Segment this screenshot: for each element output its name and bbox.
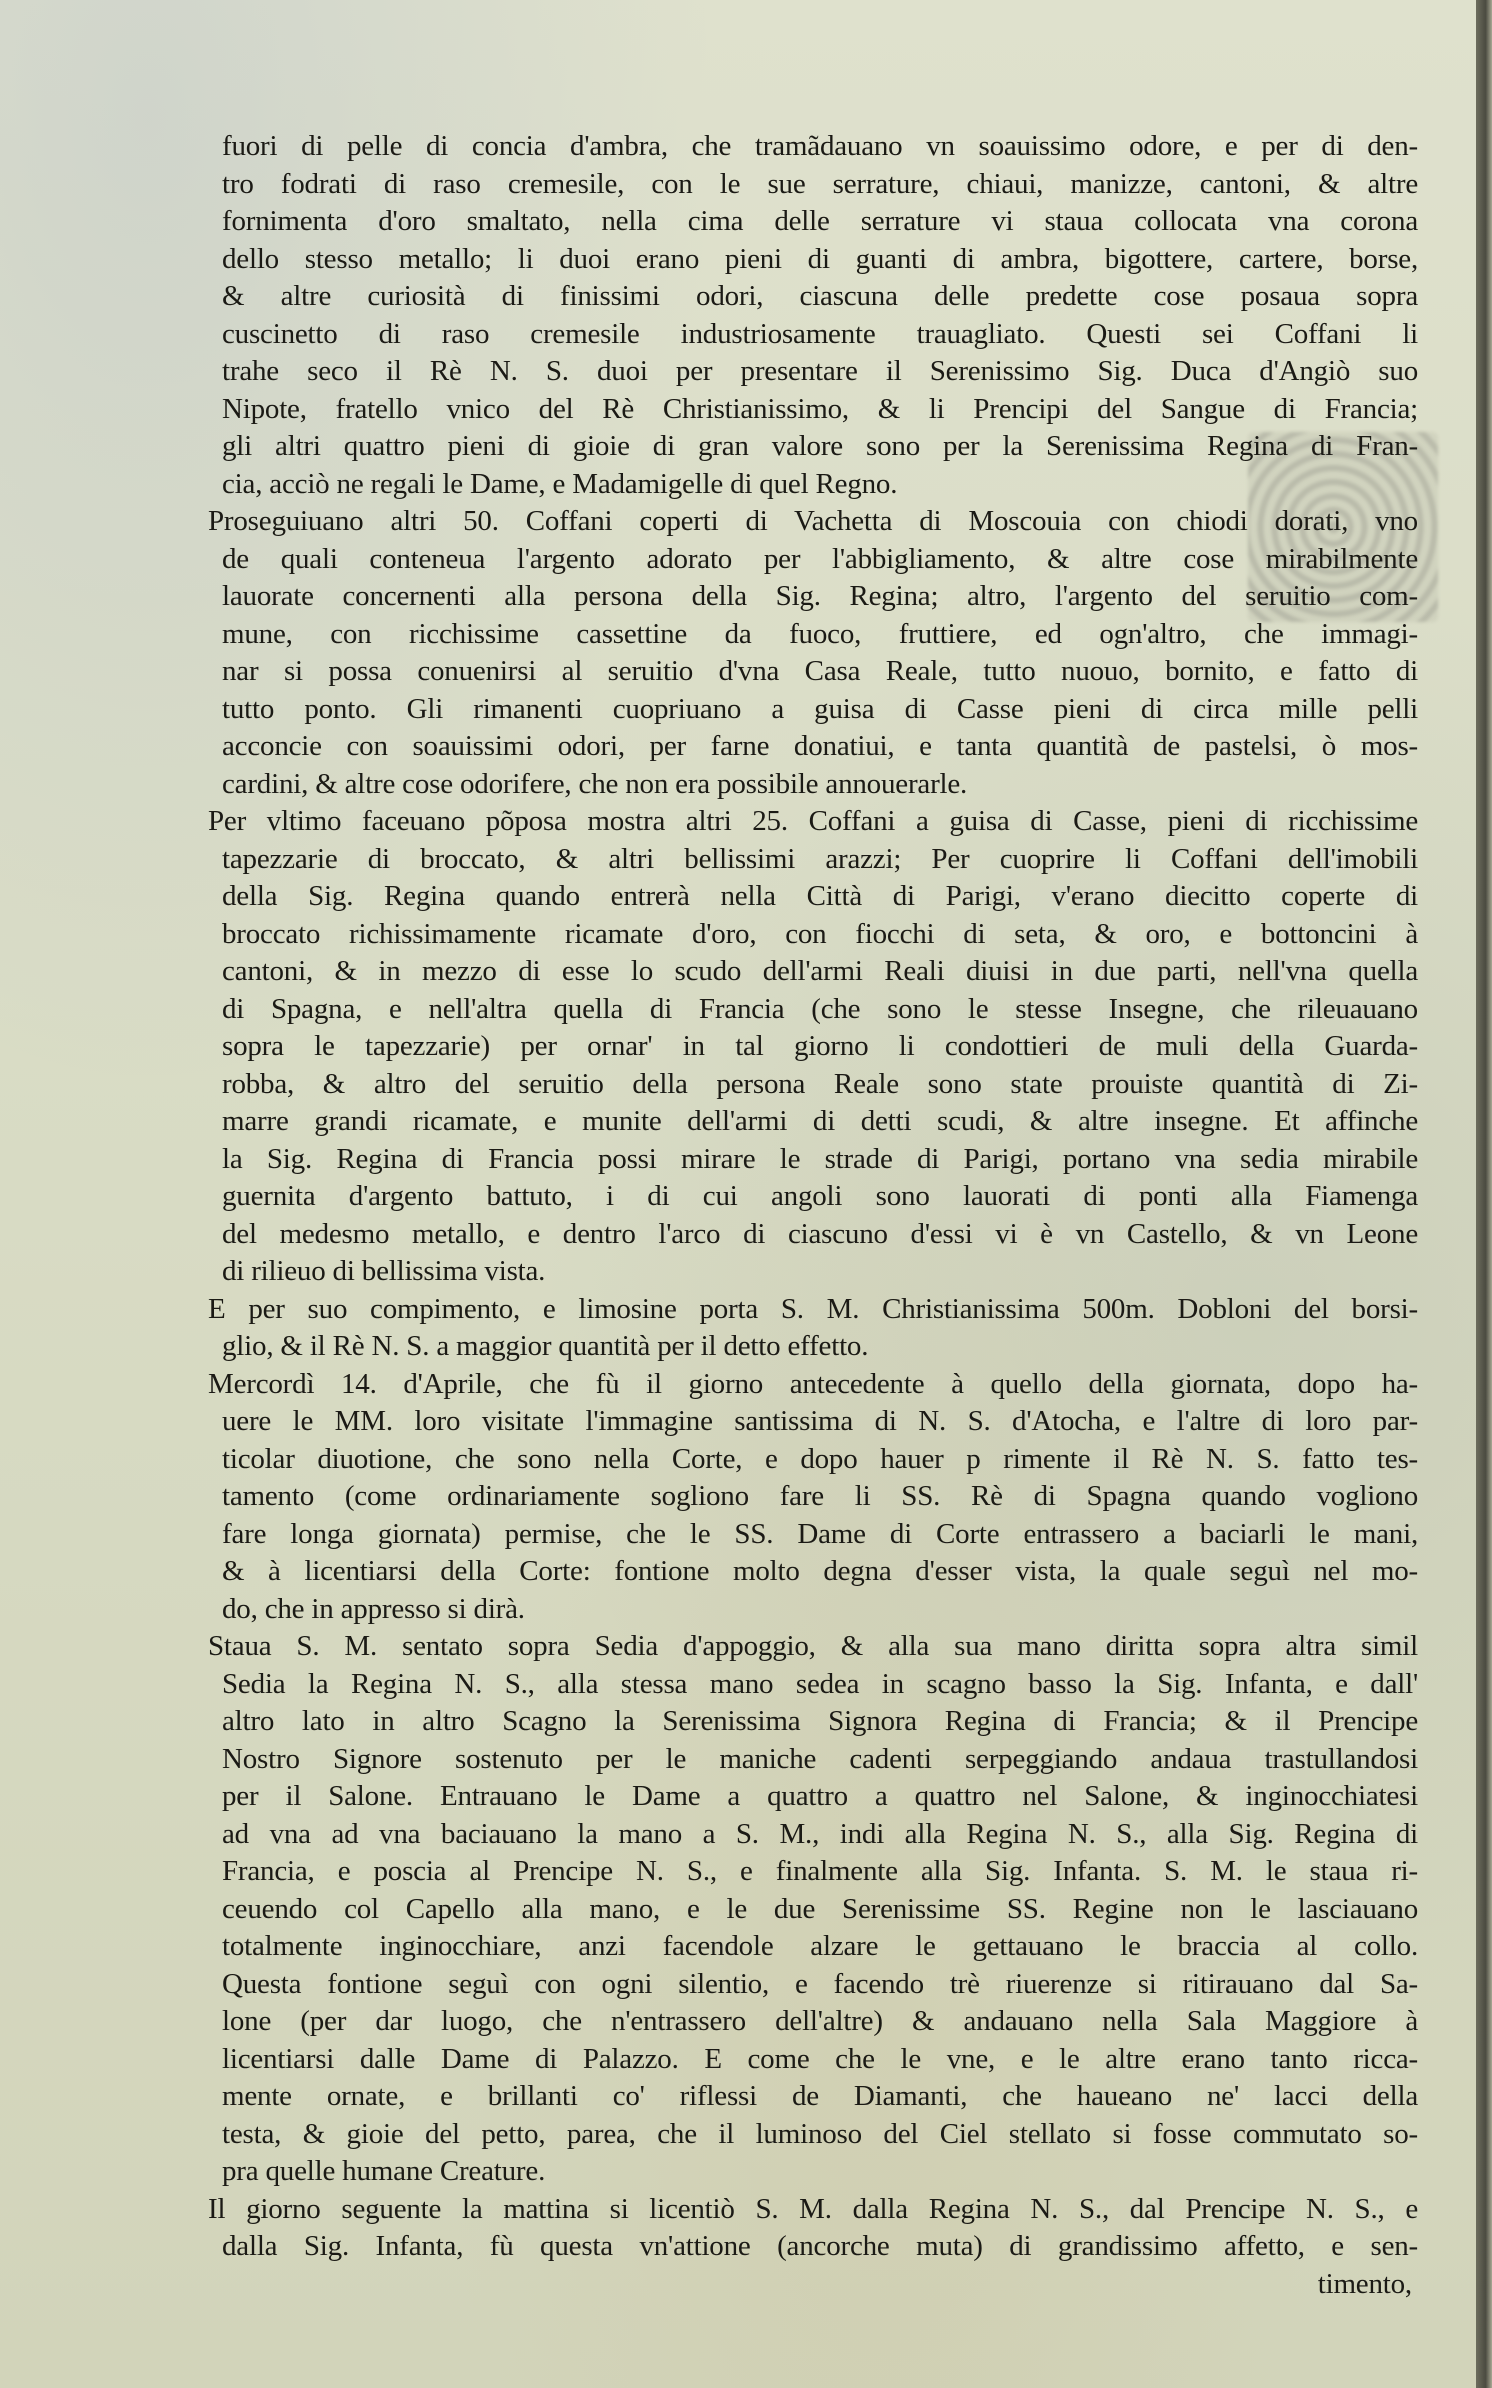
text-line: lauorate concernenti alla persona della … [208, 578, 1418, 616]
text-line: sopra le tapezzarie) per ornar' in tal g… [208, 1028, 1418, 1066]
catchword: timento, [208, 2266, 1418, 2304]
text-line: tro fodrati di raso cremesile, con le su… [208, 166, 1418, 204]
text-line: del medesmo metallo, e dentro l'arco di … [208, 1216, 1418, 1254]
text-line: testa, & gioie del petto, parea, che il … [208, 2116, 1418, 2154]
text-line: ceuendo col Capello alla mano, e le due … [208, 1891, 1418, 1929]
text-line: acconcie con soauissimi odori, per farne… [208, 728, 1418, 766]
text-line: pra quelle humane Creature. [208, 2153, 1418, 2191]
text-line: Francia, e poscia al Prencipe N. S., e f… [208, 1853, 1418, 1891]
text-line: cardini, & altre cose odorifere, che non… [208, 766, 1418, 804]
paragraph-5: Mercordì 14. d'Aprile, che fù il giorno … [208, 1366, 1418, 1629]
text-line: altro lato in altro Scagno la Serenissim… [208, 1703, 1418, 1741]
paragraph-4: E per suo compimento, e limosine porta S… [208, 1291, 1418, 1366]
paragraph-7: Il giorno seguente la mattina si licenti… [208, 2191, 1418, 2266]
paragraph-2: Proseguiuano altri 50. Coffani coperti d… [208, 503, 1418, 803]
text-line: di Spagna, e nell'altra quella di Franci… [208, 991, 1418, 1029]
text-line: & altre curiosità di finissimi odori, ci… [208, 278, 1418, 316]
text-line: Nostro Signore sostenuto per le maniche … [208, 1741, 1418, 1779]
paragraph-1: fuori di pelle di concia d'ambra, che tr… [208, 128, 1418, 503]
text-line: fuori di pelle di concia d'ambra, che tr… [208, 128, 1418, 166]
text-line: cia, acciò ne regali le Dame, e Madamige… [208, 466, 1418, 504]
text-line: tutto ponto. Gli rimanenti cuopriuano a … [208, 691, 1418, 729]
text-line: Per vltimo faceuano põposa mostra altri … [208, 803, 1418, 841]
text-line: fornimenta d'oro smaltato, nella cima de… [208, 203, 1418, 241]
text-line: glio, & il Rè N. S. a maggior quantità p… [208, 1328, 1418, 1366]
paragraph-6: Staua S. M. sentato sopra Sedia d'appogg… [208, 1628, 1418, 2191]
text-line: E per suo compimento, e limosine porta S… [208, 1291, 1418, 1329]
text-line: dello stesso metallo; li duoi erano pien… [208, 241, 1418, 279]
text-line: di rilieuo di bellissima vista. [208, 1253, 1418, 1291]
text-line: Nipote, fratello vnico del Rè Christiani… [208, 391, 1418, 429]
text-line: nar si possa conuenirsi al seruitio d'vn… [208, 653, 1418, 691]
text-line: mune, con ricchissime cassettine da fuoc… [208, 616, 1418, 654]
text-line: Mercordì 14. d'Aprile, che fù il giorno … [208, 1366, 1418, 1404]
text-line: Staua S. M. sentato sopra Sedia d'appogg… [208, 1628, 1418, 1666]
page-edge [1476, 0, 1492, 2388]
text-line: totalmente inginocchiare, anzi facendole… [208, 1928, 1418, 1966]
text-line: gli altri quattro pieni di gioie di gran… [208, 428, 1418, 466]
text-line: per il Salone. Entrauano le Dame a quatt… [208, 1778, 1418, 1816]
text-line: fare longa giornata) permise, che le SS.… [208, 1516, 1418, 1554]
text-line: la Sig. Regina di Francia possi mirare l… [208, 1141, 1418, 1179]
text-line: guernita d'argento battuto, i di cui ang… [208, 1178, 1418, 1216]
text-line: uere le MM. loro visitate l'immagine san… [208, 1403, 1418, 1441]
text-line: & à licentiarsi della Corte: fontione mo… [208, 1553, 1418, 1591]
body-text: fuori di pelle di concia d'ambra, che tr… [208, 128, 1418, 2303]
text-line: Il giorno seguente la mattina si licenti… [208, 2191, 1418, 2229]
text-line: lone (per dar luogo, che n'entrassero de… [208, 2003, 1418, 2041]
paragraph-3: Per vltimo faceuano põposa mostra altri … [208, 803, 1418, 1291]
document-page: fuori di pelle di concia d'ambra, che tr… [0, 0, 1476, 2388]
text-line: tamento (come ordinariamente sogliono fa… [208, 1478, 1418, 1516]
text-line: ad vna ad vna baciauano la mano a S. M.,… [208, 1816, 1418, 1854]
text-line: Sedia la Regina N. S., alla stessa mano … [208, 1666, 1418, 1704]
text-line: mente ornate, e brillanti co' riflessi d… [208, 2078, 1418, 2116]
text-line: Proseguiuano altri 50. Coffani coperti d… [208, 503, 1418, 541]
text-line: marre grandi ricamate, e munite dell'arm… [208, 1103, 1418, 1141]
text-line: Questa fontione seguì con ogni silentio,… [208, 1966, 1418, 2004]
text-line: della Sig. Regina quando entrerà nella C… [208, 878, 1418, 916]
text-line: cuscinetto di raso cremesile industriosa… [208, 316, 1418, 354]
text-line: licentiarsi dalle Dame di Palazzo. E com… [208, 2041, 1418, 2079]
text-line: do, che in appresso si dirà. [208, 1591, 1418, 1629]
text-line: dalla Sig. Infanta, fù questa vn'attione… [208, 2228, 1418, 2266]
text-line: trahe seco il Rè N. S. duoi per presenta… [208, 353, 1418, 391]
text-line: robba, & altro del seruitio della person… [208, 1066, 1418, 1104]
text-line: ticolar diuotione, che sono nella Corte,… [208, 1441, 1418, 1479]
text-line: broccato richissimamente ricamate d'oro,… [208, 916, 1418, 954]
text-line: de quali conteneua l'argento adorato per… [208, 541, 1418, 579]
text-line: cantoni, & in mezzo di esse lo scudo del… [208, 953, 1418, 991]
text-line: tapezzarie di broccato, & altri bellissi… [208, 841, 1418, 879]
